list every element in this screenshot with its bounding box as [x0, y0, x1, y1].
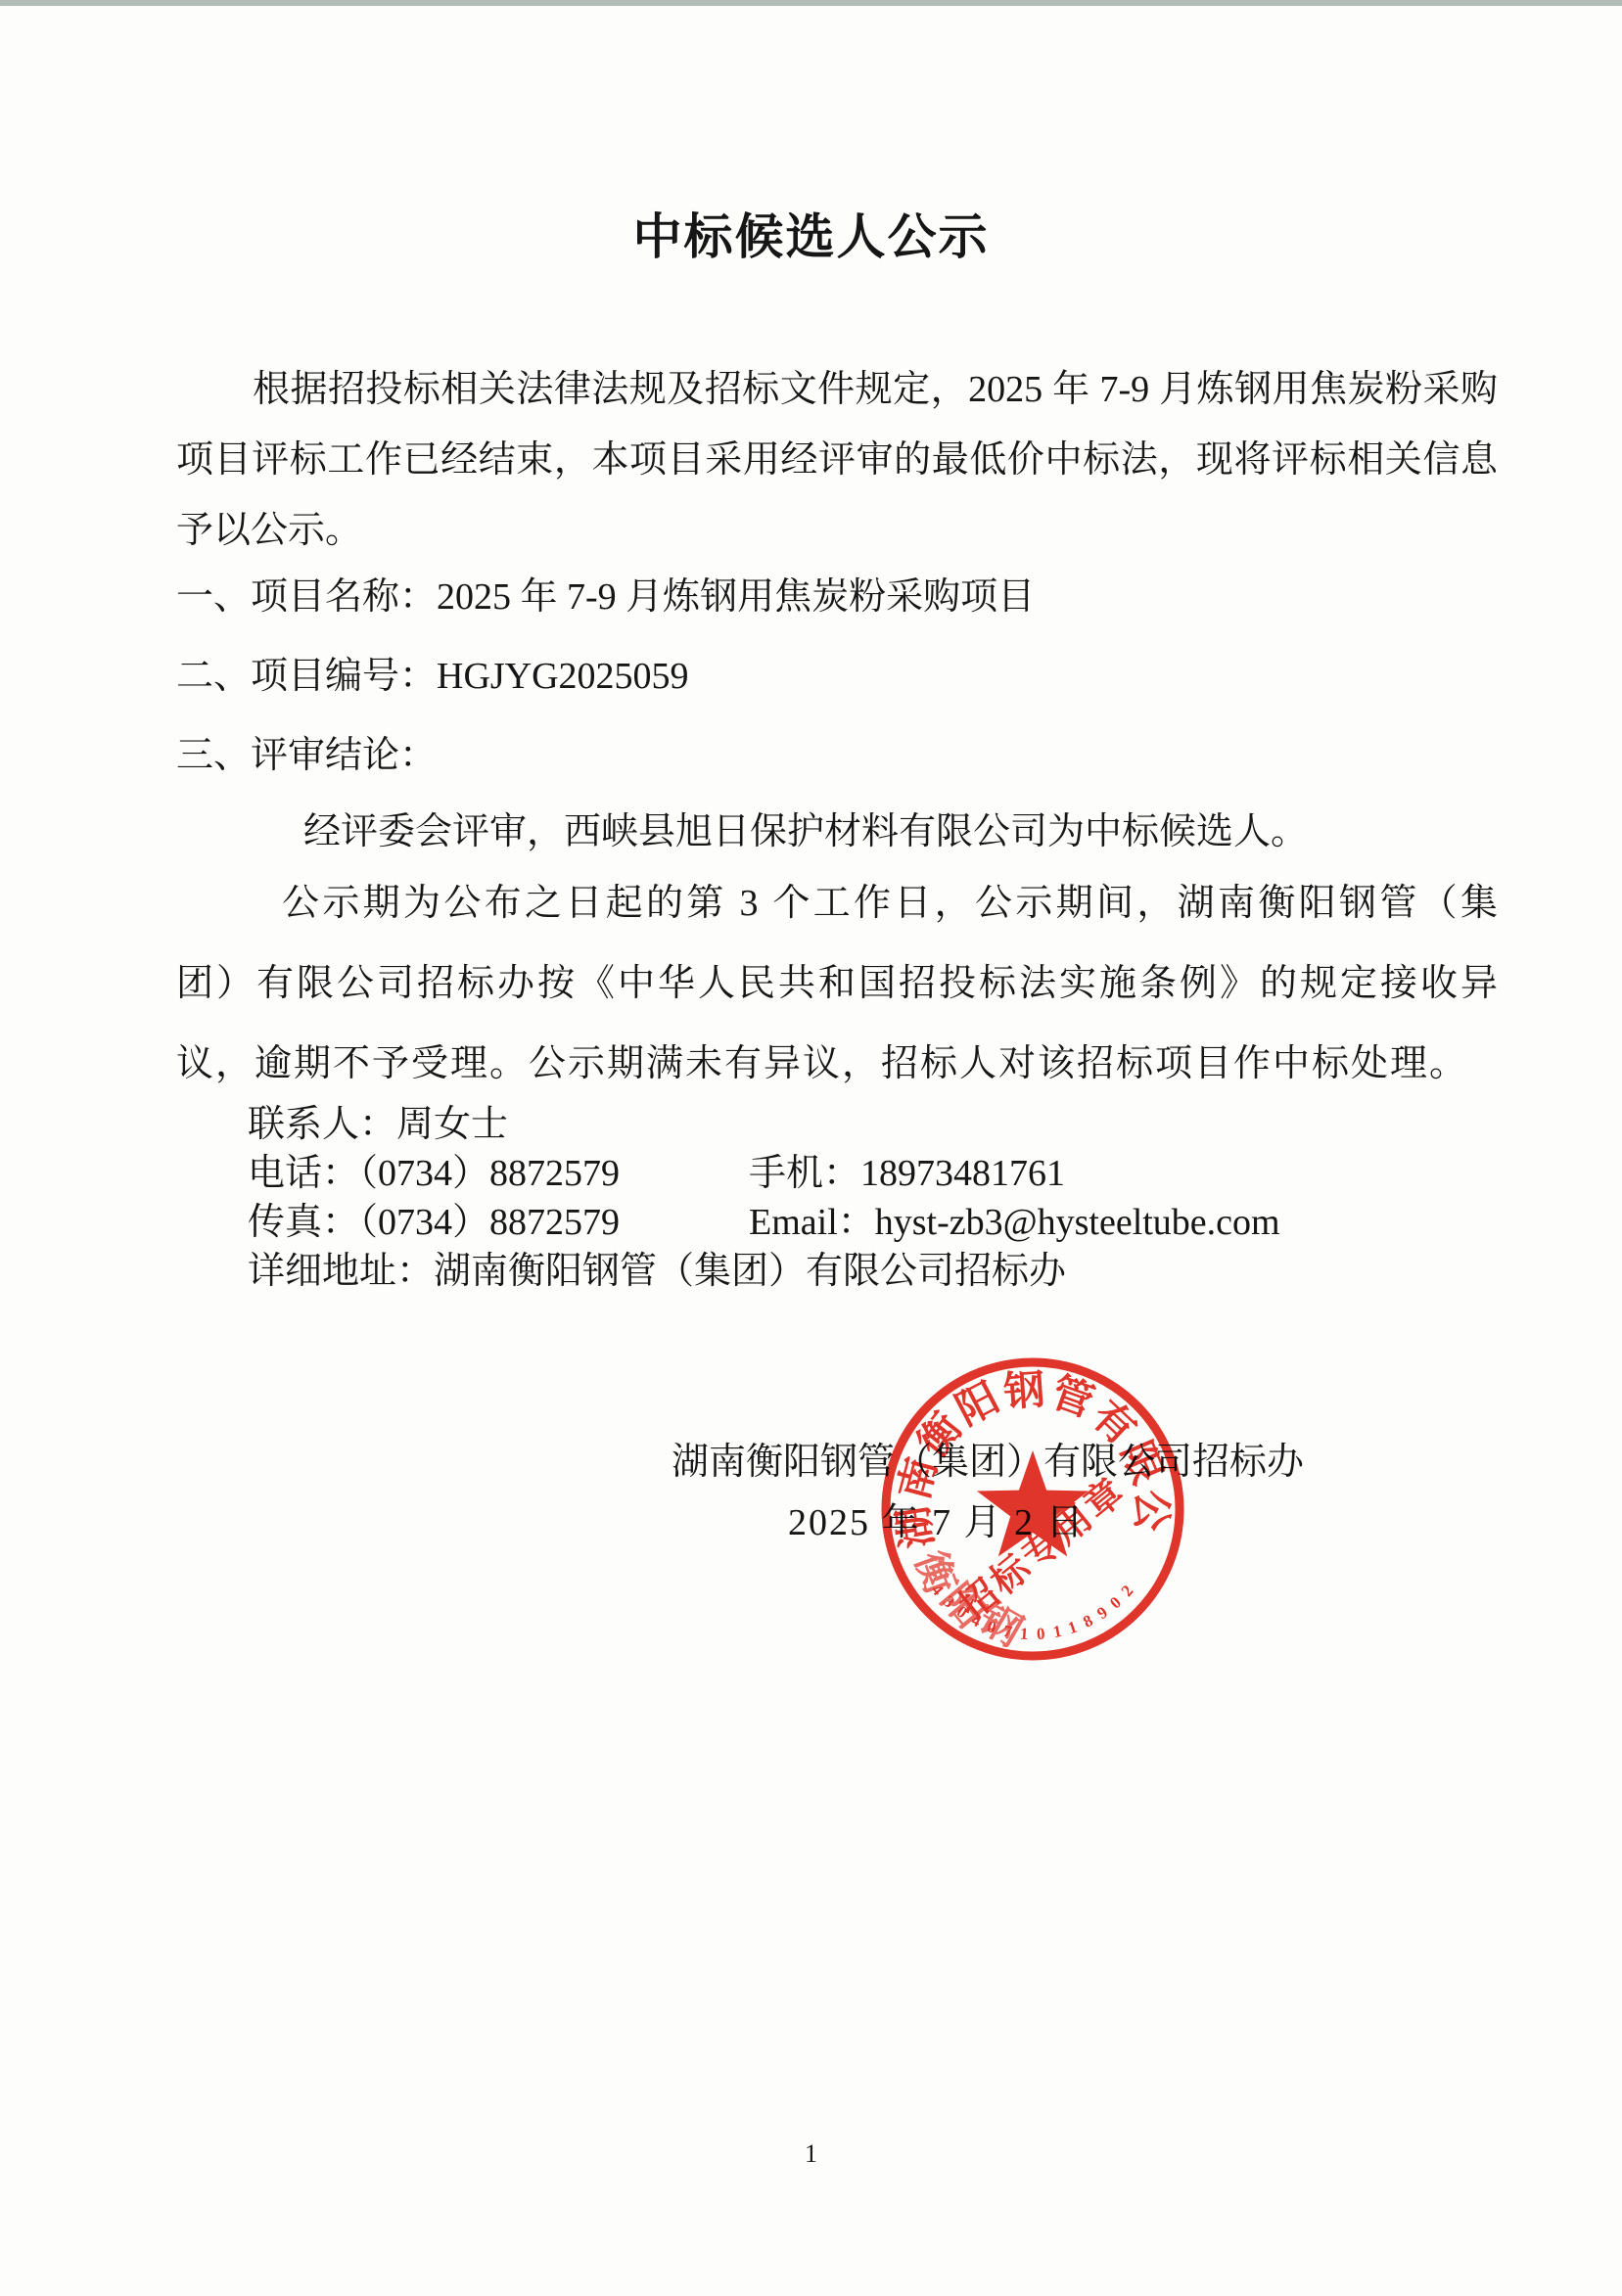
contact-address: 详细地址：湖南衡阳钢管（集团）有限公司招标办: [248, 1247, 1066, 1296]
announcement-page: 中标候选人公示 根据招投标相关法律法规及招标文件规定，2025 年 7-9 月炼…: [0, 0, 1622, 2296]
intro-paragraph: 根据招投标相关法律法规及招标文件规定，2025 年 7-9 月炼钢用焦炭粉采购项…: [176, 354, 1498, 566]
item-project-number: 二、项目编号：HGJYG2025059: [176, 645, 689, 699]
contact-phone-row: 电话：（0734）8872579 手机：18973481761: [248, 1149, 1280, 1198]
page-title: 中标候选人公示: [0, 198, 1622, 268]
notice-paragraph: 公示期为公布之日起的第 3 个工作日，公示期间，湖南衡阳钢管（集团）有限公司招标…: [176, 863, 1500, 1104]
contact-block: 联系人：周女士 电话：（0734）8872579 手机：18973481761 …: [248, 1100, 1280, 1296]
page-number: 1: [0, 2139, 1622, 2169]
scan-edge-artifact: [0, 0, 1622, 6]
contact-address-row: 详细地址：湖南衡阳钢管（集团）有限公司招标办: [248, 1247, 1280, 1296]
conclusion-line: 经评委会评审，西峡县旭日保护材料有限公司为中标候选人。: [303, 801, 1308, 854]
contact-fax: 传真：（0734）8872579: [248, 1198, 749, 1247]
contact-person-row: 联系人：周女士: [248, 1100, 1280, 1149]
item-review-conclusion: 三、评审结论：: [176, 724, 437, 778]
contact-fax-row: 传真：（0734）8872579 Email：hyst-zb3@hysteelt…: [248, 1198, 1280, 1247]
item-project-name: 一、项目名称：2025 年 7-9 月炼钢用焦炭粉采购项目: [176, 566, 1035, 620]
contact-person: 联系人：周女士: [248, 1100, 508, 1149]
contact-email: Email：hyst-zb3@hysteeltube.com: [749, 1198, 1280, 1247]
official-seal: 湖南衡阳钢管有限公司 招标专用章 43040710118902 衡 阳 钢: [837, 1313, 1228, 1705]
contact-phone: 电话：（0734）8872579: [248, 1149, 749, 1198]
contact-mobile: 手机：18973481761: [749, 1149, 1065, 1198]
